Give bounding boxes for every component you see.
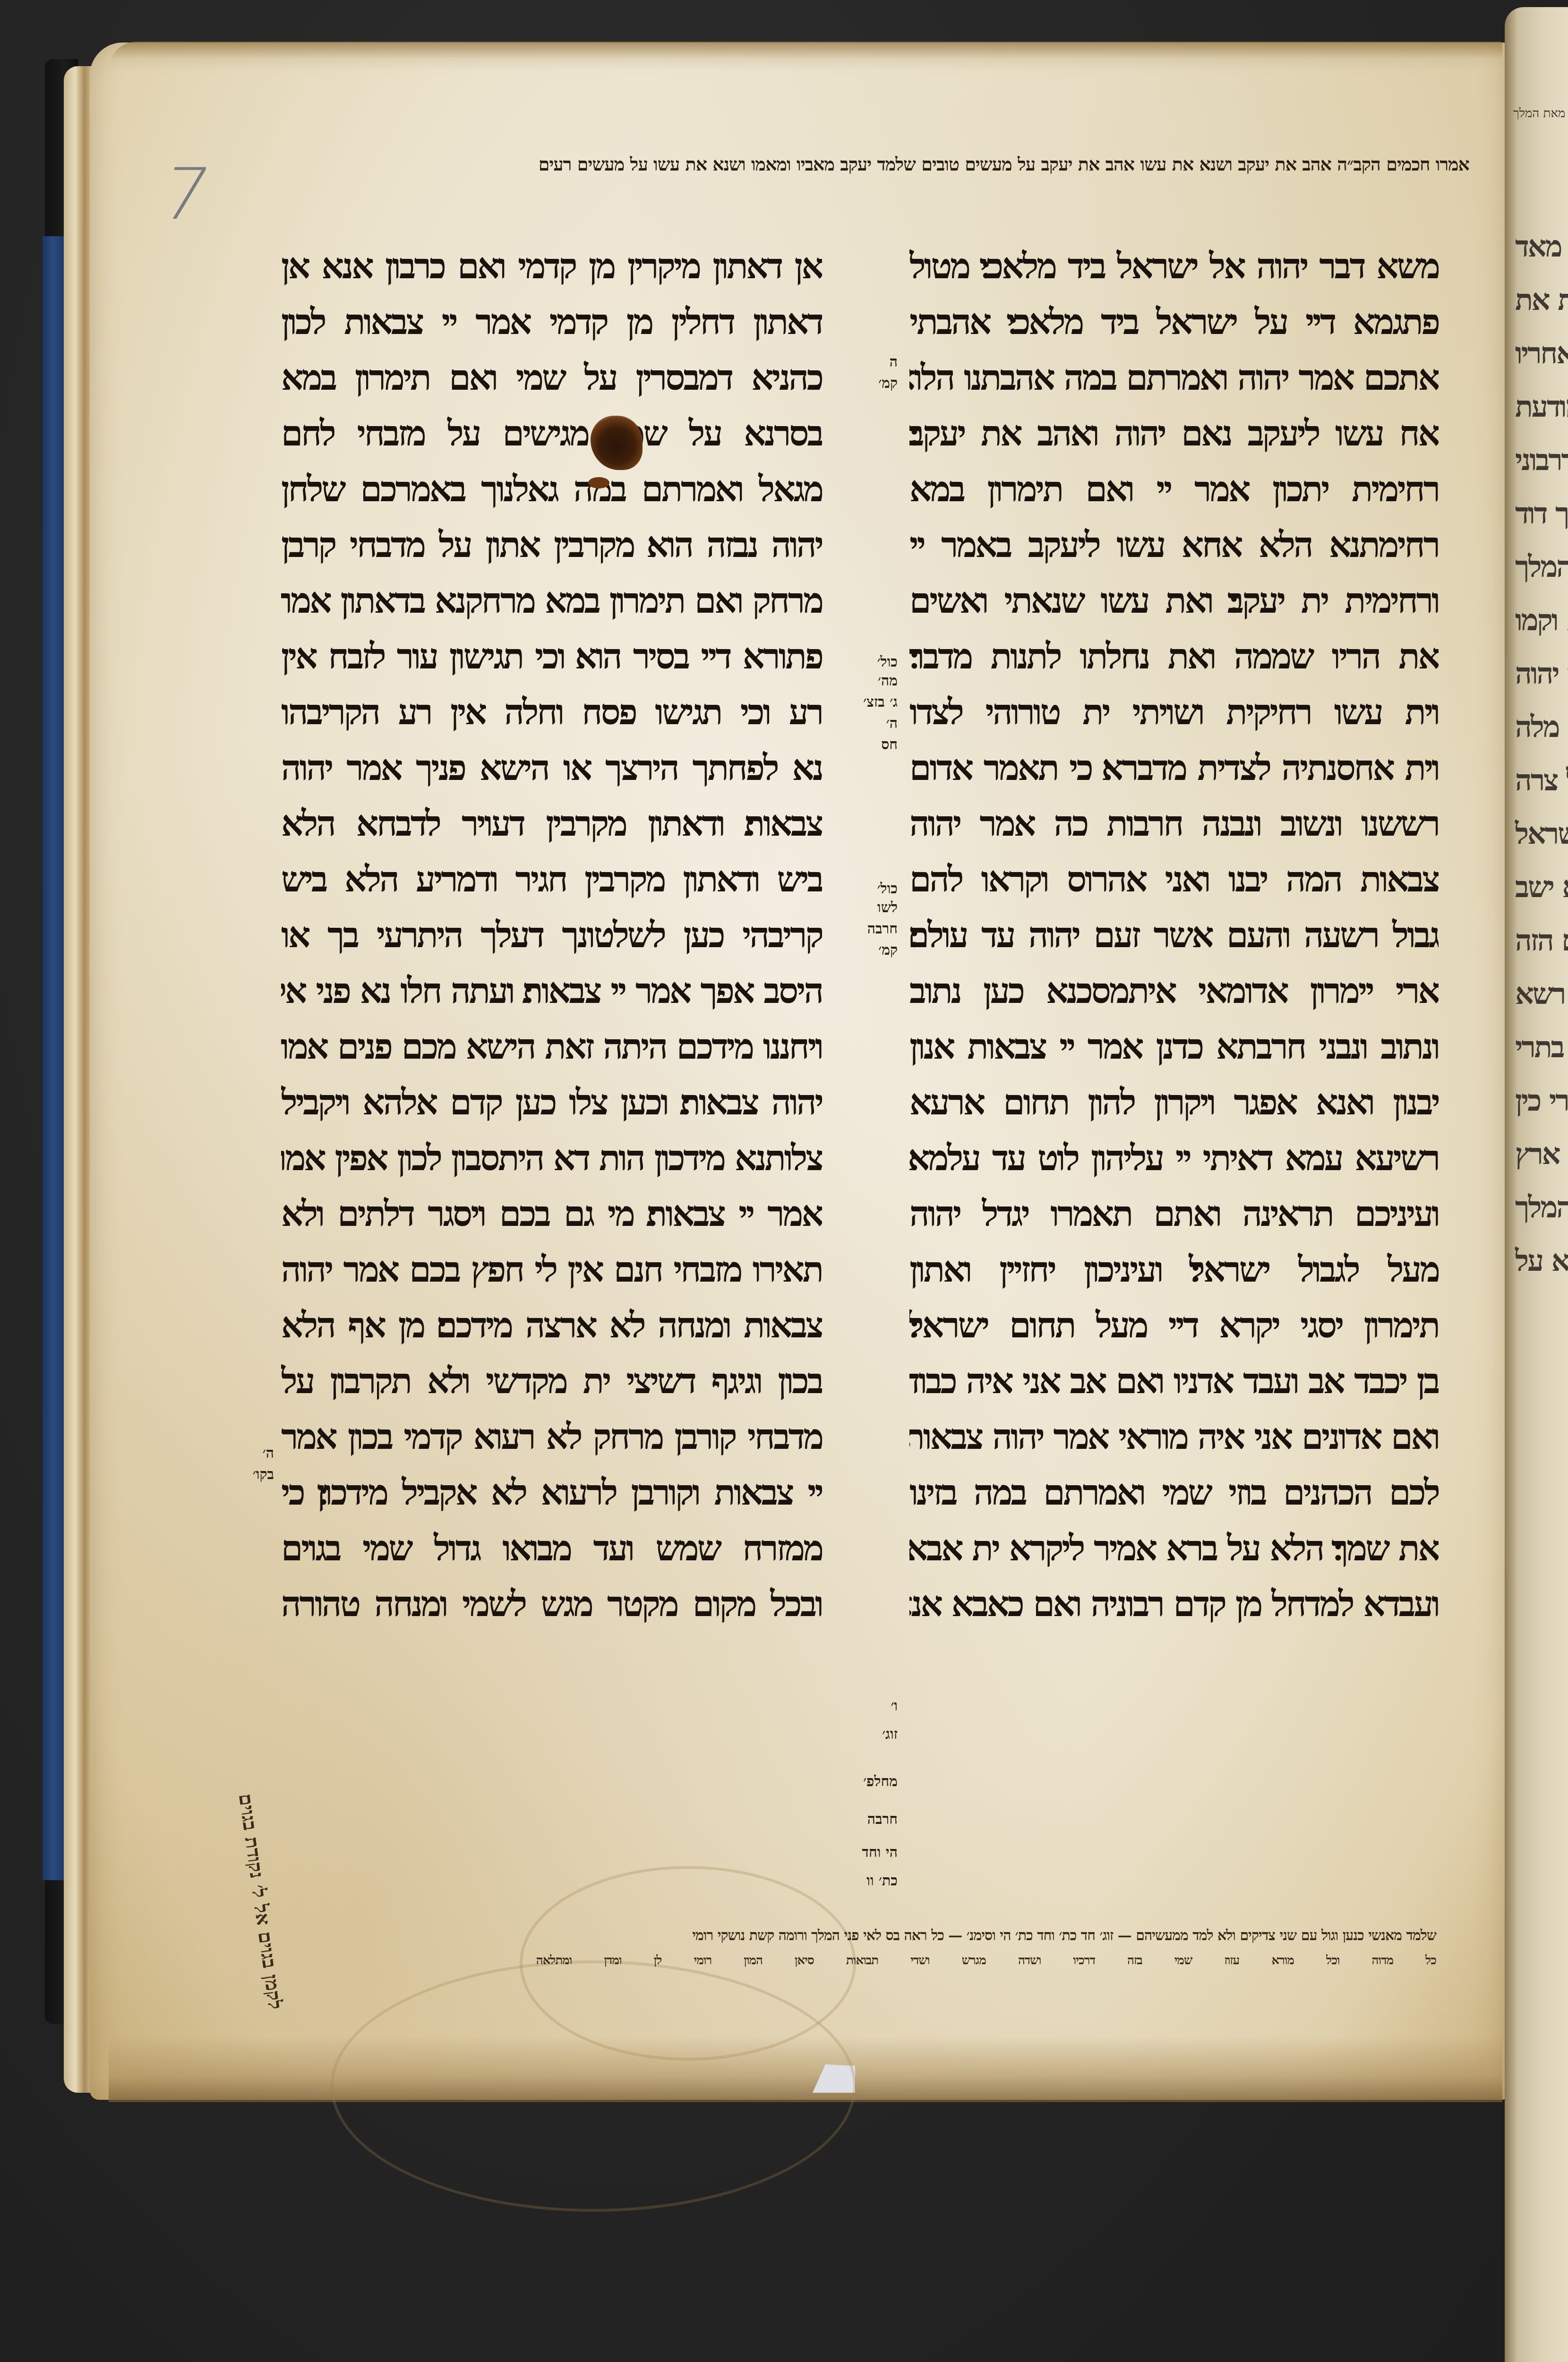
facing-page-line: את הדין ולא הודעת <box>1515 389 1568 424</box>
marginal-note: קמ׳ <box>846 940 898 961</box>
facing-page-line: ממין יאם מאד <box>1515 229 1568 264</box>
manuscript-line: אתכם אמר יהוה ואמרתם במה אהבתנו הלוא <box>909 350 1439 406</box>
manuscript-line: וית אחסנתיה לצדית מדברא׃ כי תאמר אדום <box>909 740 1439 796</box>
manuscript-line: מגאל ואמרתם במה גאלנוך באמרכם שלחן <box>281 462 822 517</box>
marginal-note: כת׳ וו <box>846 1871 898 1891</box>
manuscript-line: ורחימית ית יעקב׃ ואת עשו שנאתי ואשים <box>909 573 1439 629</box>
top-marginal-note: אמרו חכמים הקב״ה אהב את יעקב ושנא את עשו… <box>283 154 1469 175</box>
manuscript-line: דאתון דחלין מן קדמי אמר יי צבאות לכון <box>281 294 822 350</box>
marginal-note: הי וחד <box>846 1842 898 1863</box>
facing-page-line: אחרי והוא ישב <box>1515 870 1568 905</box>
manuscript-line: רחימתנא הלא אחא עשו ליעקב באמר יי <box>909 517 1439 573</box>
manuscript-line: צבאות׃ ודאתון מקרבין דעויר לדבחא הלא <box>281 796 822 852</box>
facing-page-line: אחותי ארי כין <box>1515 1083 1568 1118</box>
manuscript-line: כהניא דמבסרין על שמי ואם תימרון במא <box>281 350 822 406</box>
marginal-note: ה׳ <box>846 713 898 734</box>
marginal-note: קמ׳ <box>846 373 898 394</box>
facing-page-line: שה היום הזה <box>1515 923 1568 958</box>
manuscript-line: יבנון ואנא אפגר ויקרון להון תחום ארעא <box>909 1075 1439 1130</box>
manuscript-line: ובכל מקום מקטר מגש לשמי ומנחה טהורה <box>281 1576 822 1632</box>
manuscript-line: אח עשו ליעקב נאם יהוה ואהב את יעקב׃ <box>909 406 1439 462</box>
marginal-note: ו׳ <box>846 1696 898 1717</box>
marginal-note: חס <box>846 735 898 755</box>
manuscript-line: רחימית יתכון אמר יי ואם תימרון במא <box>909 462 1439 517</box>
facing-page-line: ויען המלך דוד <box>1515 496 1568 531</box>
manuscript-line: היסב אפך אמר יי צבאות׃ ועתה חלו נא פני א… <box>281 963 822 1019</box>
manuscript-line: צבאות המה יבנו ואני אהרוס וקראו להם <box>909 852 1439 907</box>
manuscript-line: ביש ודאתון מקרבין חגיר ודמריע הלא ביש <box>281 852 822 907</box>
manuscript-line: ארי יימרון אדומאי איתמסכנא כען נתוב <box>909 963 1439 1019</box>
facing-page-line: ימלוך בתרי <box>1515 1030 1568 1065</box>
manuscript-line: וית עשו רחיקית ושויתי ית טורוהי לצדו <box>909 685 1439 740</box>
manuscript-line: תימרון יסגי יקרא דיי מעל תחום ישראל׃ <box>909 1298 1439 1353</box>
marginal-note: כול׳ <box>846 879 898 899</box>
marginal-note: חרבה <box>846 919 898 940</box>
marginal-note: ה׳ <box>236 1443 274 1464</box>
manuscript-line: יהוה צבאות׃ וכען צלו כען קדם אלהא ויקביל <box>281 1075 822 1130</box>
facing-page-line: ויאמר חי יהוה <box>1515 656 1568 691</box>
folio-top-edge-stain <box>109 42 1502 70</box>
marginal-note: מחלפ׳ <box>846 1771 898 1792</box>
manuscript-line: בן יכבד אב ועבד אדניו ואם אב אני איה כבו… <box>909 1353 1439 1409</box>
facing-page-edge: ממנו ———— מאת המלך ממין יאם מאדתא הודעת … <box>1505 7 1568 2362</box>
manuscript-line: מעל לגבול ישראל׃ ועיניכון יחזיין ואתון <box>909 1242 1439 1298</box>
manuscript-line: רשיעא עמא דאיתי יי עליהון לוט עד עלמא׃ <box>909 1130 1439 1186</box>
bottom-masorah-line-2: כל מדוה וכל מורא עזוז שמי בזה דרכיו ושדה… <box>246 1953 1436 1968</box>
facing-page-line: המלך אחריו <box>1515 336 1568 371</box>
facing-page-header-note: ממנו ———— מאת המלך <box>1513 106 1568 120</box>
facing-page-line: רא ליש׳ הא רשא <box>1515 976 1568 1011</box>
manuscript-line: צבאות ומנחה לא ארצה מידכם׃ מן אף הלא <box>281 1298 822 1353</box>
manuscript-line: ונתוב ונבני חרבתא כדנן אמר יי צבאות אנון <box>909 1019 1439 1075</box>
blue-binding-strip <box>43 236 65 1880</box>
manuscript-line: ואם אדונים אני איה מוראי אמר יהוה צבאות <box>909 1409 1439 1465</box>
facing-page-line: בא לפני המלך <box>1515 549 1568 584</box>
facing-page-line: פרה וקיים מלה <box>1515 710 1568 745</box>
manuscript-line: פתגמא דיי על ישראל ביד מלאכי׃ אהבתי <box>909 294 1439 350</box>
text-column-right: משא דבר יהוה אל ישראל ביד מלאכי׃ מטולפתג… <box>909 239 1439 1632</box>
facing-page-line: כותא דרבוני <box>1515 443 1568 478</box>
manuscript-line: גבול רשעה והעם אשר זעם יהוה עד עולם׃ <box>909 907 1439 963</box>
ink-drip-stain <box>588 477 609 488</box>
marginal-note: כול׳ <box>846 652 898 673</box>
manuscript-line: צלותנא מידכון הות דא היתסבון לכון אפין א… <box>281 1130 822 1186</box>
marginal-note: ה <box>846 352 898 373</box>
marginal-note: לשו <box>846 898 898 918</box>
manuscript-line: פתורא דיי בסיר הוא׃ וכי תגישון עור לזבח … <box>281 629 822 685</box>
manuscript-line: ויחננו מידכם היתה זאת הישא מכם פנים אמר <box>281 1019 822 1075</box>
facing-page-line: אפלא על <box>1515 1243 1568 1278</box>
manuscript-line: ממזרח שמש ועד מבואו גדול שמי בגוים <box>281 1521 822 1576</box>
manuscript-line: יי צבאות וקורבן לרעוא לא אקביל מידכון׃ כ… <box>281 1465 822 1521</box>
manuscript-line: ועבדא למדחל מן קדם רבוניה ואם כאבא אנא <box>909 1576 1439 1632</box>
marginal-note: ג׳ בזצ׳ <box>846 692 898 713</box>
manuscript-line: משא דבר יהוה אל ישראל ביד מלאכי׃ מטול <box>909 239 1439 294</box>
manuscript-line: נא לפחתך הירצך או הישא פניך אמר יהוה <box>281 740 822 796</box>
manuscript-line: בכון וגיגף דשיצי ית מקדשי ולא תקרבון על <box>281 1353 822 1409</box>
manuscript-line: יהוה נבזה הוא׃ מקרבין אתון על מדבחי קרבן <box>281 517 822 573</box>
facing-page-line: תא הודעת את <box>1515 282 1568 317</box>
facing-page-line: בע אפים ארץ <box>1515 1137 1568 1172</box>
marginal-note: מה׳ <box>846 671 898 692</box>
manuscript-line: קריבהי כען לשלטונך דעלך היתרעי בך או <box>281 907 822 963</box>
manuscript-line: אמר יי צבאות׃ מי גם בכם ויסגר דלתים ולא <box>281 1186 822 1242</box>
manuscript-line: אן דאתון מיקרין מן קדמי ואם כרבון אנא אן <box>281 239 822 294</box>
facing-page-line: ם מלכא וקמו <box>1515 603 1568 638</box>
manuscript-line: מדבחי קורבן מרחק לא רעוא קדמי בכון אמר <box>281 1409 822 1465</box>
manuscript-line: ועיניכם תראינה ואתם תאמרו יגדל יהוה <box>909 1186 1439 1242</box>
bottom-masorah-line-1: שלמד מאנשי כנען וגול עם שני צדיקים ולא ל… <box>246 1927 1436 1944</box>
manuscript-line: לכם הכהנים בוזי שמי ואמרתם במה בזינו <box>909 1465 1439 1521</box>
marginal-note: בקו׳ <box>236 1464 274 1485</box>
text-column-left: אן דאתון מיקרין מן קדמי ואם כרבון אנא אן… <box>281 239 822 1632</box>
manuscript-line: את שמך׃ הלא על ברא אמיר ליקרא ית אבא <box>909 1521 1439 1576</box>
manuscript-line: תאירו מזבחי חנם אין לי חפץ בכם אמר יהוה <box>281 1242 822 1298</box>
manuscript-line: רששנו ונשוב ונבנה חרבות כה אמר יהוה <box>909 796 1439 852</box>
marginal-note: חרבה <box>846 1809 898 1830</box>
manuscript-line: מרחק ואם תימרון במא מרחקנא בדאתון אמרין <box>281 573 822 629</box>
manuscript-line: את הריו שממה ואת נחלתו לתנות מדבר׃ <box>909 629 1439 685</box>
facing-page-line: אדני המלך <box>1515 1190 1568 1225</box>
facing-page-line: יהוה אלהי ישראל <box>1515 816 1568 851</box>
marginal-note: זוג׳ <box>846 1724 898 1745</box>
manuscript-line: רע וכי תגישו פסח וחלה אין רע הקריבהו <box>281 685 822 740</box>
manuscript-line: בסרנא על שמך׃ מגישים על מזבחי לחם <box>281 406 822 462</box>
facing-page-line: את נפשי מכל צרה <box>1515 763 1568 798</box>
